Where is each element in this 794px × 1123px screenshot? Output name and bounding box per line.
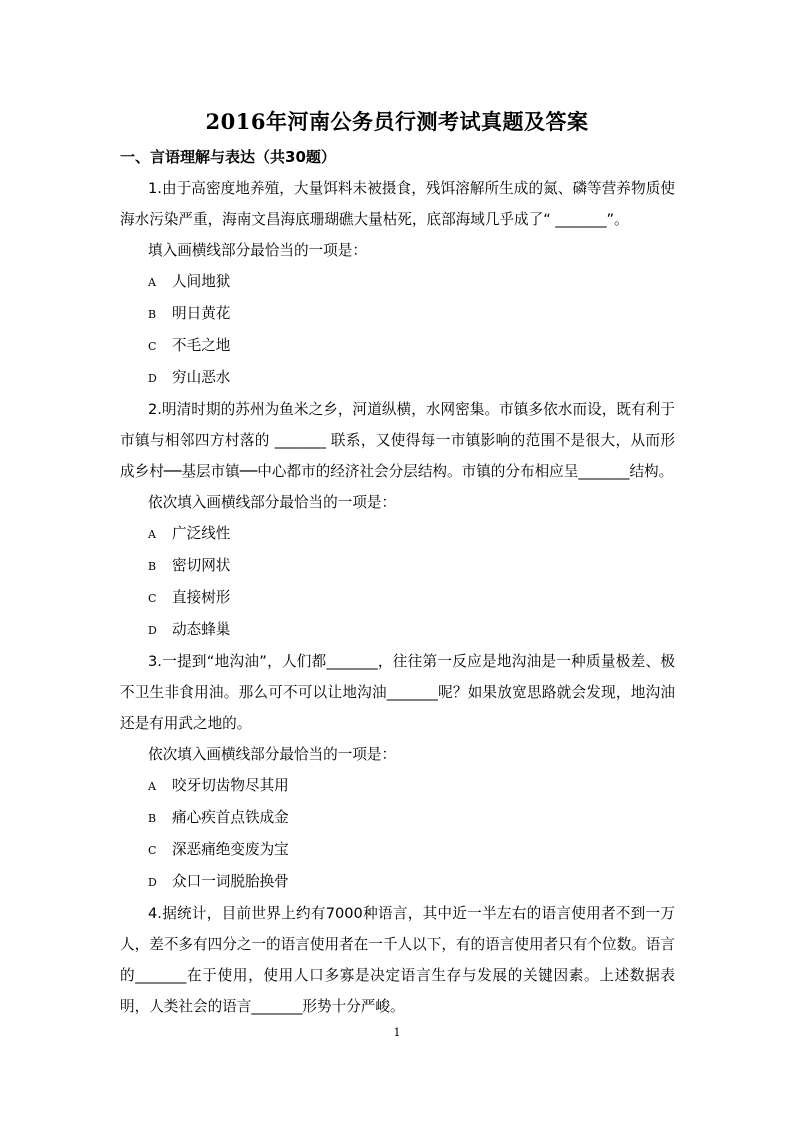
question-prompt: 依次填入画横线部分最恰当的一项是： bbox=[120, 487, 675, 518]
option-text: 咬牙切齿物尽其用 bbox=[172, 777, 289, 794]
question-2: 2.明清时期的苏州为鱼米之乡，河道纵横，水网密集。市镇多依水而设，既有利于市镇与… bbox=[120, 394, 675, 646]
option-text: 人间地狱 bbox=[172, 273, 230, 290]
option-letter: A bbox=[148, 519, 172, 550]
option-letter: D bbox=[148, 615, 172, 646]
option-text: 众口一词脱胎换骨 bbox=[172, 873, 289, 890]
option-a: A人间地狱 bbox=[120, 266, 675, 298]
option-c: C不毛之地 bbox=[120, 330, 675, 362]
option-text: 穷山恶水 bbox=[172, 369, 230, 386]
question-stem: 3.一提到“地沟油”，人们都_______，往往第一反应是地沟油是一种质量极差、… bbox=[120, 646, 675, 739]
question-stem: 2.明清时期的苏州为鱼米之乡，河道纵横，水网密集。市镇多依水而设，既有利于市镇与… bbox=[120, 394, 675, 487]
option-letter: B bbox=[148, 299, 172, 330]
option-text: 密切网状 bbox=[172, 557, 230, 574]
document-body: 1.由于高密度地养殖，大量饵料未被摄食，残饵溶解所生成的氮、磷等营养物质使海水污… bbox=[120, 173, 675, 1022]
option-letter: C bbox=[148, 835, 172, 866]
question-prompt: 填入画横线部分最恰当的一项是： bbox=[120, 235, 675, 266]
option-letter: A bbox=[148, 267, 172, 298]
option-letter: C bbox=[148, 583, 172, 614]
question-stem: 4.据统计，目前世界上约有7000种语言，其中近一半左右的语言使用者不到一万人，… bbox=[120, 898, 675, 1022]
question-1: 1.由于高密度地养殖，大量饵料未被摄食，残饵溶解所生成的氮、磷等营养物质使海水污… bbox=[120, 173, 675, 394]
option-b: B痛心疾首点铁成金 bbox=[120, 802, 675, 834]
option-text: 广泛线性 bbox=[172, 525, 230, 542]
question-3: 3.一提到“地沟油”，人们都_______，往往第一反应是地沟油是一种质量极差、… bbox=[120, 646, 675, 898]
document-page: 2016年河南公务员行测考试真题及答案 一、言语理解与表达（共30题） 1.由于… bbox=[0, 0, 794, 1123]
option-letter: C bbox=[148, 331, 172, 362]
page-number: 1 bbox=[0, 1026, 794, 1039]
option-text: 直接树形 bbox=[172, 589, 230, 606]
option-text: 深恶痛绝变废为宝 bbox=[172, 841, 289, 858]
option-c: C深恶痛绝变废为宝 bbox=[120, 834, 675, 866]
option-d: D动态蜂巢 bbox=[120, 614, 675, 646]
option-letter: D bbox=[148, 867, 172, 898]
option-d: D穷山恶水 bbox=[120, 362, 675, 394]
option-letter: A bbox=[148, 771, 172, 802]
option-text: 痛心疾首点铁成金 bbox=[172, 809, 289, 826]
option-c: C直接树形 bbox=[120, 582, 675, 614]
option-text: 明日黄花 bbox=[172, 305, 230, 322]
option-d: D众口一词脱胎换骨 bbox=[120, 866, 675, 898]
option-letter: D bbox=[148, 363, 172, 394]
document-title: 2016年河南公务员行测考试真题及答案 bbox=[0, 106, 794, 136]
question-4: 4.据统计，目前世界上约有7000种语言，其中近一半左右的语言使用者不到一万人，… bbox=[120, 898, 675, 1022]
question-stem: 1.由于高密度地养殖，大量饵料未被摄食，残饵溶解所生成的氮、磷等营养物质使海水污… bbox=[120, 173, 675, 235]
option-b: B明日黄花 bbox=[120, 298, 675, 330]
option-text: 不毛之地 bbox=[172, 337, 230, 354]
option-b: B密切网状 bbox=[120, 550, 675, 582]
option-a: A广泛线性 bbox=[120, 518, 675, 550]
option-a: A咬牙切齿物尽其用 bbox=[120, 770, 675, 802]
question-prompt: 依次填入画横线部分最恰当的一项是： bbox=[120, 739, 675, 770]
option-letter: B bbox=[148, 803, 172, 834]
option-text: 动态蜂巢 bbox=[172, 621, 230, 638]
section-heading: 一、言语理解与表达（共30题） bbox=[120, 146, 336, 167]
option-letter: B bbox=[148, 551, 172, 582]
